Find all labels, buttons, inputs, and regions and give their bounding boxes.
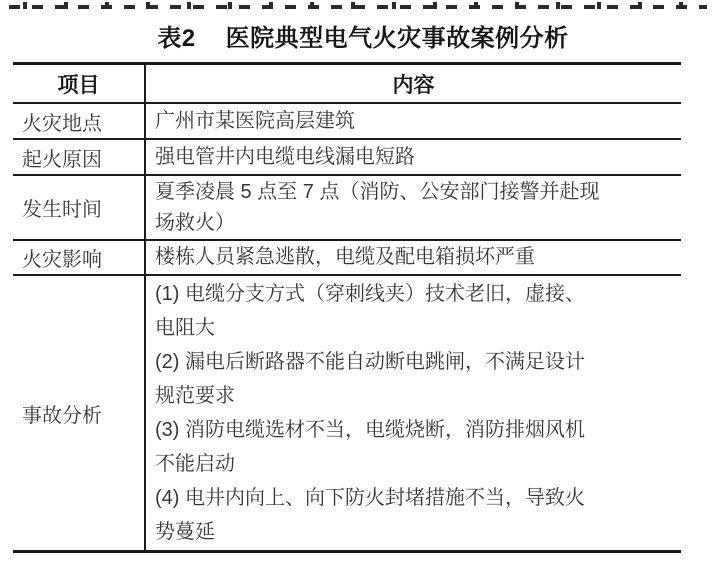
cell-accident-analysis-content: (1) 电缆分支方式（穿刺线夹）技术老旧，虚接、 电阻大 (2) 漏电后断路器不… <box>145 275 681 552</box>
content-line: 广州市某医院高层建筑 <box>155 105 677 138</box>
table-row: 起火原因 强电管井内电缆电线漏电短路 <box>13 139 681 175</box>
row-label-fire-impact: 火灾影响 <box>13 240 145 275</box>
row-label-occurrence-time: 发生时间 <box>13 175 145 240</box>
table-caption-title: 医院典型电气火灾事故案例分析 <box>226 25 569 52</box>
table-caption: 表2医院典型电气火灾事故案例分析 <box>0 22 726 56</box>
content-line: 强电管井内电缆电线漏电短路 <box>155 141 677 174</box>
page: { "document": { "caption_label": "表2", "… <box>0 0 726 574</box>
content-line: (1) 电缆分支方式（穿刺线夹）技术老旧，虚接、 <box>155 277 677 311</box>
cell-fire-impact-content: 楼栋人员紧急逃散，电缆及配电箱损坏严重 <box>145 240 681 275</box>
table-row: 火灾地点 广州市某医院高层建筑 <box>13 103 681 139</box>
content-line: (3) 消防电缆选材不当，电缆烧断，消防排烟风机 <box>155 413 677 447</box>
content-line: 不能启动 <box>155 447 677 481</box>
content-line: 电阻大 <box>155 311 677 345</box>
table-row: 事故分析 (1) 电缆分支方式（穿刺线夹）技术老旧，虚接、 电阻大 (2) 漏电… <box>13 275 681 552</box>
cell-occurrence-time-content: 夏季凌晨 5 点至 7 点（消防、公安部门接警并赴现 场救火） <box>145 175 681 240</box>
header-row: 项目 内容 <box>13 64 681 104</box>
clipped-text-line <box>9 2 707 9</box>
cell-fire-location-content: 广州市某医院高层建筑 <box>145 103 681 139</box>
content-line: 场救火） <box>155 208 677 239</box>
content-line: 规范要求 <box>155 379 677 413</box>
table-caption-label: 表2 <box>157 25 195 52</box>
content-line: (2) 漏电后断路器不能自动断电跳闸，不满足设计 <box>155 345 677 379</box>
table-row: 火灾影响 楼栋人员紧急逃散，电缆及配电箱损坏严重 <box>13 240 681 275</box>
column-header-item: 项目 <box>13 64 145 104</box>
content-line: (4) 电井内向上、向下防火封堵措施不当，导致火 <box>155 481 677 515</box>
case-analysis-table: 项目 内容 火灾地点 广州市某医院高层建筑 起火原因 强电管井内电缆电线漏电短路… <box>13 62 681 553</box>
content-line: 夏季凌晨 5 点至 7 点（消防、公安部门接警并赴现 <box>155 177 677 208</box>
cell-fire-cause-content: 强电管井内电缆电线漏电短路 <box>145 139 681 175</box>
table-row: 发生时间 夏季凌晨 5 点至 7 点（消防、公安部门接警并赴现 场救火） <box>13 175 681 240</box>
row-label-fire-cause: 起火原因 <box>13 139 145 175</box>
row-label-accident-analysis: 事故分析 <box>13 275 145 552</box>
column-header-content: 内容 <box>145 64 681 104</box>
row-label-fire-location: 火灾地点 <box>13 103 145 139</box>
content-line: 楼栋人员紧急逃散，电缆及配电箱损坏严重 <box>155 241 677 274</box>
content-line: 势蔓延 <box>155 515 677 549</box>
